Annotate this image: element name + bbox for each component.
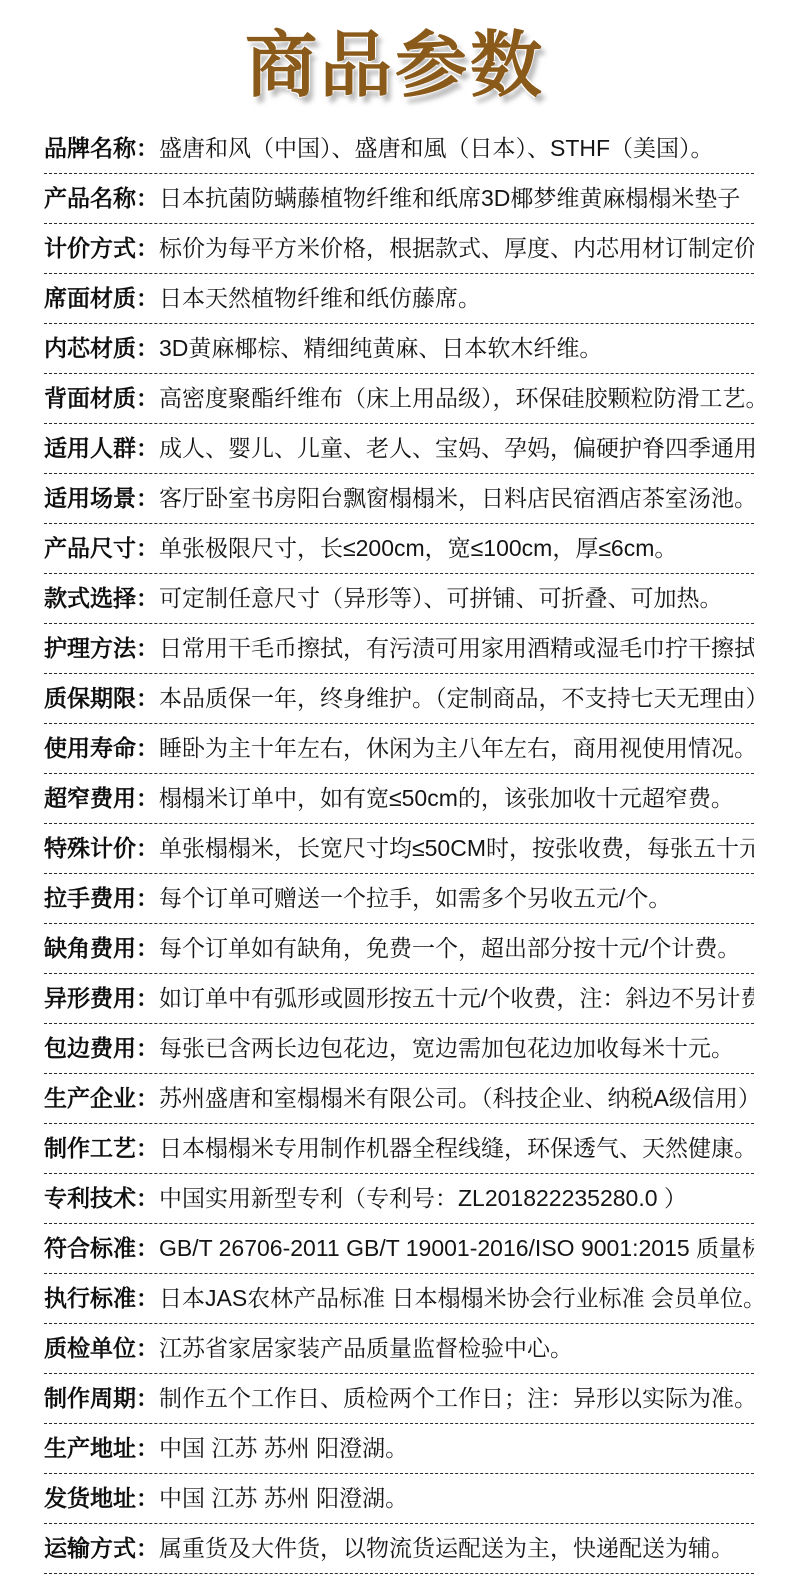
parameter-value: 制作五个工作日、质检两个工作日；注：异形以实际为准。 [159,1387,754,1410]
parameter-row: 符合标准：GB/T 26706-2011 GB/T 19001-2016/ISO… [44,1224,754,1274]
parameter-label: 生产地址： [44,1437,159,1460]
parameter-label: 专利技术： [44,1187,159,1210]
parameter-value: 江苏省家居家装产品质量监督检验中心。 [159,1337,573,1360]
product-parameters-sheet: 商品参数 品牌名称：盛唐和风（中国）、盛唐和風（日本）、STHF（美国）。产品名… [0,0,790,1574]
parameter-row: 品牌名称：盛唐和风（中国）、盛唐和風（日本）、STHF（美国）。 [44,124,754,174]
parameter-value: 单张极限尺寸，长≤200cm，宽≤100cm，厚≤6cm。 [159,537,677,560]
parameter-label: 执行标准： [44,1287,159,1310]
parameter-label: 异形费用： [44,987,159,1010]
parameter-row: 特殊计价：单张榻榻米，长宽尺寸均≤50CM时，按张收费，每张五十元。 [44,824,754,874]
parameter-label: 内芯材质： [44,337,159,360]
parameter-row: 适用人群：成人、婴儿、儿童、老人、宝妈、孕妈，偏硬护脊四季通用。 [44,424,754,474]
parameter-row: 生产企业：苏州盛唐和室榻榻米有限公司。（科技企业、纳税A级信用） [44,1074,754,1124]
parameter-label: 发货地址： [44,1487,159,1510]
parameter-label: 拉手费用： [44,887,159,910]
parameter-value: 中国 江苏 苏州 阳澄湖。 [159,1487,408,1510]
parameter-row: 异形费用：如订单中有弧形或圆形按五十元/个收费，注：斜边不另计费。 [44,974,754,1024]
parameter-label: 制作工艺： [44,1137,159,1160]
parameter-value: GB/T 26706-2011 GB/T 19001-2016/ISO 9001… [159,1237,754,1260]
parameter-label: 制作周期： [44,1387,159,1410]
parameter-label: 质保期限： [44,687,159,710]
parameter-label: 适用人群： [44,437,159,460]
parameter-label: 质检单位： [44,1337,159,1360]
parameter-value: 如订单中有弧形或圆形按五十元/个收费，注：斜边不另计费。 [159,987,754,1010]
parameter-value: 盛唐和风（中国）、盛唐和風（日本）、STHF（美国）。 [159,137,714,160]
parameter-row: 产品尺寸：单张极限尺寸，长≤200cm，宽≤100cm，厚≤6cm。 [44,524,754,574]
parameter-row: 产品名称：日本抗菌防螨藤植物纤维和纸席3D椰梦维黄麻榻榻米垫子 [44,174,754,224]
parameter-row: 背面材质：高密度聚酯纤维布（床上用品级），环保硅胶颗粒防滑工艺。 [44,374,754,424]
parameter-label: 符合标准： [44,1237,159,1260]
parameter-row: 质保期限：本品质保一年，终身维护。（定制商品，不支持七天无理由） [44,674,754,724]
parameter-row: 护理方法：日常用干毛币擦拭，有污渍可用家用酒精或湿毛巾拧干擦拭。 [44,624,754,674]
parameter-label: 运输方式： [44,1537,159,1560]
parameter-value: 3D黄麻椰棕、精细纯黄麻、日本软木纤维。 [159,337,602,360]
parameter-row: 内芯材质：3D黄麻椰棕、精细纯黄麻、日本软木纤维。 [44,324,754,374]
parameter-label: 品牌名称： [44,137,159,160]
parameter-row: 质检单位：江苏省家居家装产品质量监督检验中心。 [44,1324,754,1374]
page-title: 商品参数 [245,23,545,101]
parameter-value: 睡卧为主十年左右，休闲为主八年左右，商用视使用情况。 [159,737,754,760]
parameter-label: 席面材质： [44,287,159,310]
parameter-label: 适用场景： [44,487,159,510]
parameter-row: 拉手费用：每个订单可赠送一个拉手，如需多个另收五元/个。 [44,874,754,924]
parameter-label: 超窄费用： [44,787,159,810]
parameter-row: 包边费用：每张已含两长边包花边，宽边需加包花边加收每米十元。 [44,1024,754,1074]
parameter-label: 缺角费用： [44,937,159,960]
parameter-value: 本品质保一年，终身维护。（定制商品，不支持七天无理由） [159,687,754,710]
parameter-value: 标价为每平方米价格，根据款式、厚度、内芯用材订制定价。 [159,237,754,260]
parameter-row: 执行标准：日本JAS农林产品标准 日本榻榻米协会行业标准 会员单位。 [44,1274,754,1324]
parameter-value: 每个订单如有缺角，免费一个，超出部分按十元/个计费。 [159,937,740,960]
parameter-value: 客厅卧室书房阳台飘窗榻榻米，日料店民宿酒店茶室汤池。 [159,487,754,510]
parameter-row: 款式选择：可定制任意尺寸（异形等）、可拼铺、可折叠、可加热。 [44,574,754,624]
parameter-value: 高密度聚酯纤维布（床上用品级），环保硅胶颗粒防滑工艺。 [159,387,754,410]
parameter-label: 背面材质： [44,387,159,410]
parameter-label: 护理方法： [44,637,159,660]
parameter-row: 制作工艺：日本榻榻米专用制作机器全程线缝，环保透气、天然健康。 [44,1124,754,1174]
parameter-label: 计价方式： [44,237,159,260]
parameter-row: 运输方式：属重货及大件货，以物流货运配送为主，快递配送为辅。 [44,1524,754,1574]
parameter-value: 日常用干毛币擦拭，有污渍可用家用酒精或湿毛巾拧干擦拭。 [159,637,754,660]
parameter-row: 缺角费用：每个订单如有缺角，免费一个，超出部分按十元/个计费。 [44,924,754,974]
parameter-row: 制作周期：制作五个工作日、质检两个工作日；注：异形以实际为准。 [44,1374,754,1424]
parameter-row: 计价方式：标价为每平方米价格，根据款式、厚度、内芯用材订制定价。 [44,224,754,274]
parameter-value: 每张已含两长边包花边，宽边需加包花边加收每米十元。 [159,1037,734,1060]
parameter-row: 发货地址：中国 江苏 苏州 阳澄湖。 [44,1474,754,1524]
parameter-label: 包边费用： [44,1037,159,1060]
parameter-value: 中国实用新型专利（专利号：ZL201822235280.0 ） [159,1187,687,1210]
parameter-row: 生产地址：中国 江苏 苏州 阳澄湖。 [44,1424,754,1474]
parameter-label: 款式选择： [44,587,159,610]
parameter-label: 使用寿命： [44,737,159,760]
parameter-row: 适用场景：客厅卧室书房阳台飘窗榻榻米，日料店民宿酒店茶室汤池。 [44,474,754,524]
parameter-value: 每个订单可赠送一个拉手，如需多个另收五元/个。 [159,887,671,910]
parameter-label: 生产企业： [44,1087,159,1110]
parameter-label: 产品尺寸： [44,537,159,560]
parameter-value: 苏州盛唐和室榻榻米有限公司。（科技企业、纳税A级信用） [159,1087,754,1110]
parameter-label: 产品名称： [44,187,159,210]
parameter-row: 使用寿命：睡卧为主十年左右，休闲为主八年左右，商用视使用情况。 [44,724,754,774]
parameter-value: 属重货及大件货，以物流货运配送为主，快递配送为辅。 [159,1537,734,1560]
parameter-row: 席面材质：日本天然植物纤维和纸仿藤席。 [44,274,754,324]
parameter-value: 中国 江苏 苏州 阳澄湖。 [159,1437,408,1460]
parameter-row: 专利技术：中国实用新型专利（专利号：ZL201822235280.0 ） [44,1174,754,1224]
parameter-value: 可定制任意尺寸（异形等）、可拼铺、可折叠、可加热。 [159,587,723,610]
parameter-value: 日本榻榻米专用制作机器全程线缝，环保透气、天然健康。 [159,1137,754,1160]
parameter-value: 单张榻榻米，长宽尺寸均≤50CM时，按张收费，每张五十元。 [159,837,754,860]
parameter-value: 日本抗菌防螨藤植物纤维和纸席3D椰梦维黄麻榻榻米垫子 [159,187,740,210]
parameter-label: 特殊计价： [44,837,159,860]
parameters-list: 品牌名称：盛唐和风（中国）、盛唐和風（日本）、STHF（美国）。产品名称：日本抗… [0,124,790,1574]
parameter-value: 成人、婴儿、儿童、老人、宝妈、孕妈，偏硬护脊四季通用。 [159,437,754,460]
parameter-value: 日本天然植物纤维和纸仿藤席。 [159,287,481,310]
title-banner: 商品参数 [0,0,790,124]
parameter-value: 日本JAS农林产品标准 日本榻榻米协会行业标准 会员单位。 [159,1287,754,1310]
parameter-row: 超窄费用：榻榻米订单中，如有宽≤50cm的，该张加收十元超窄费。 [44,774,754,824]
parameter-value: 榻榻米订单中，如有宽≤50cm的，该张加收十元超窄费。 [159,787,734,810]
